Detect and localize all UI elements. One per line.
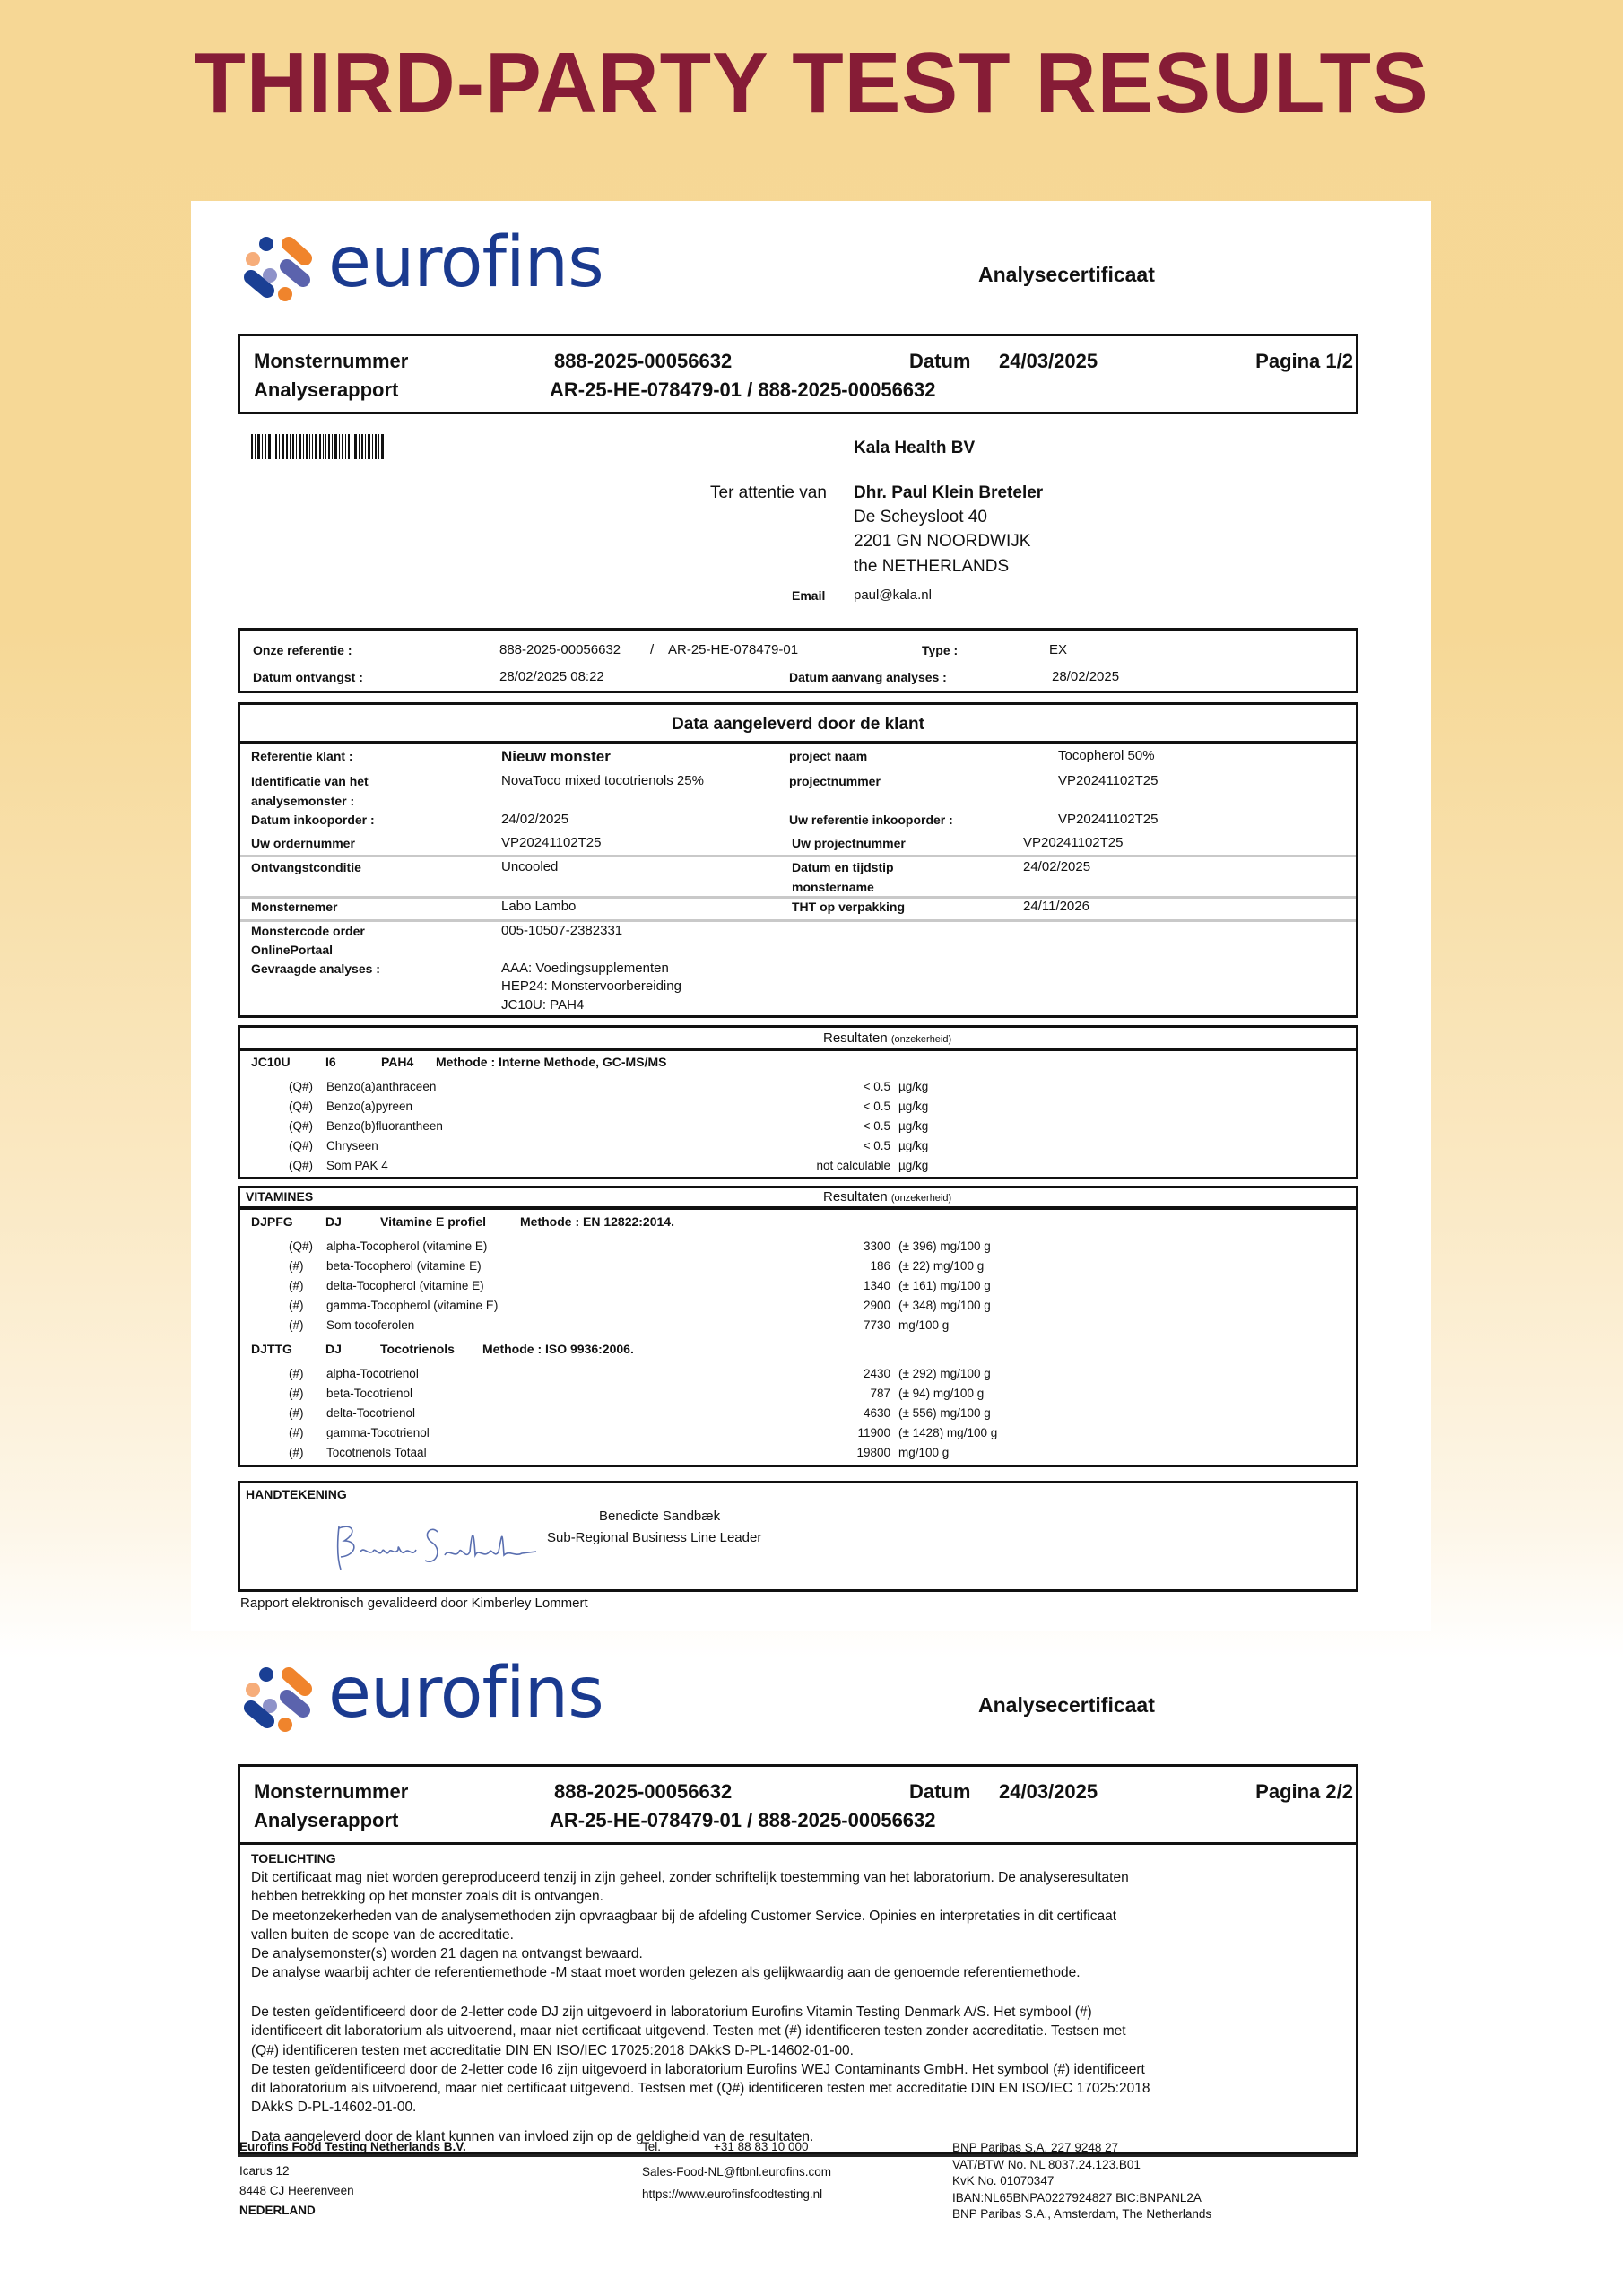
projectnummer-value: VP20241102T25 <box>1058 773 1158 788</box>
result-flag: (#) <box>289 1367 304 1380</box>
project-naam-label: project naam <box>789 749 867 763</box>
result-value: < 0.5 <box>864 1139 890 1152</box>
footer-company: Eurofins Food Testing Netherlands B.V. <box>239 2140 466 2153</box>
certificate-title: Analysecertificaat <box>978 1693 1155 1718</box>
analyserapport-value: AR-25-HE-078479-01 / 888-2025-00056632 <box>550 378 936 402</box>
page-banner-title: THIRD-PARTY TEST RESULTS <box>16 34 1607 133</box>
report-header-box: Monsternummer 888-2025-00056632 Datum 24… <box>238 1764 1358 1845</box>
result-unit: (± 1428) mg/100 g <box>898 1426 997 1439</box>
monsternummer-label: Monsternummer <box>254 1780 408 1804</box>
analyserapport-label: Analyserapport <box>254 378 398 402</box>
datum-inkooporder-value: 24/02/2025 <box>501 812 568 827</box>
result-value: < 0.5 <box>864 1100 890 1113</box>
monsternummer-value: 888-2025-00056632 <box>554 1780 732 1804</box>
monsternemer-label: Monsternemer <box>251 900 337 914</box>
footer-iban: IBAN:NL65BNPA0227924827 BIC:BNPANL2A <box>952 2191 1202 2205</box>
projectnummer-label: projectnummer <box>789 774 881 788</box>
datum-monstername-label-2: monstername <box>792 880 874 894</box>
identificatie-label-1: Identificatie van het <box>251 774 369 788</box>
certificate-title: Analysecertificaat <box>978 263 1155 287</box>
footer-tel-label: Tel. <box>642 2140 661 2153</box>
datum-monstername-value: 24/02/2025 <box>1023 859 1090 874</box>
notes-line: De testen geïdentificeerd door de 2-lett… <box>251 2003 1150 2022</box>
referentie-klant-label: Referentie klant : <box>251 749 353 763</box>
eurofins-logo: eurofins <box>240 1665 617 1746</box>
monsternummer-label: Monsternummer <box>254 350 408 373</box>
onze-referentie-separator: / <box>650 642 654 657</box>
signature-section-label: HANDTEKENING <box>246 1487 347 1501</box>
tht-label: THT op verpakking <box>792 900 905 914</box>
notes-paragraph: Dit certificaat mag niet worden gereprod… <box>251 1868 1129 1983</box>
recipient-name: Dhr. Paul Klein Breteler <box>854 483 1043 503</box>
result-name: gamma-Tocotrienol <box>326 1426 430 1439</box>
analyserapport-label: Analyserapport <box>254 1809 398 1832</box>
result-value: 186 <box>870 1259 890 1273</box>
datum-ontvangst-label: Datum ontvangst : <box>253 670 363 684</box>
footer-kvk: KvK No. 01070347 <box>952 2174 1054 2187</box>
datum-aanvang-value: 28/02/2025 <box>1052 669 1119 684</box>
datum-value: 24/03/2025 <box>999 350 1098 373</box>
result-value: 3300 <box>864 1239 890 1253</box>
uw-ordernummer-value: VP20241102T25 <box>501 835 601 850</box>
result-flag: (#) <box>289 1387 304 1400</box>
monsternummer-value: 888-2025-00056632 <box>554 350 732 373</box>
notes-line: Dit certificaat mag niet worden gereprod… <box>251 1868 1129 1887</box>
uw-ordernummer-label: Uw ordernummer <box>251 836 355 850</box>
notes-line: hebben betrekking op het monster zoals d… <box>251 1887 1129 1906</box>
result-name: delta-Tocopherol (vitamine E) <box>326 1279 484 1292</box>
footer-bank-2: BNP Paribas S.A., Amsterdam, The Netherl… <box>952 2207 1211 2221</box>
referentie-klant-value: Nieuw monster <box>501 748 611 766</box>
group-method: Methode : EN 12822:2014. <box>520 1214 674 1229</box>
signer-title: Sub-Regional Business Line Leader <box>547 1530 761 1545</box>
attention-label: Ter attentie van <box>710 483 827 503</box>
pah-name: PAH4 <box>381 1055 413 1069</box>
footer-divider <box>238 2154 1358 2157</box>
recipient-email[interactable]: paul@kala.nl <box>854 587 932 603</box>
identificatie-value: NovaToco mixed tocotrienols 25% <box>501 773 704 788</box>
result-name: Benzo(a)pyreen <box>326 1100 412 1113</box>
eurofins-logo: eurofins <box>240 235 617 316</box>
notes-paragraph: De testen geïdentificeerd door de 2-lett… <box>251 2003 1150 2118</box>
footer-vat: VAT/BTW No. NL 8037.24.123.B01 <box>952 2158 1141 2171</box>
result-unit: µg/kg <box>898 1119 928 1133</box>
result-value: 2900 <box>864 1299 890 1312</box>
project-naam-value: Tocopherol 50% <box>1058 748 1155 763</box>
results-label: Resultaten <box>823 1031 888 1046</box>
result-value: < 0.5 <box>864 1119 890 1133</box>
group-lab: DJ <box>325 1214 342 1229</box>
result-flag: (Q#) <box>289 1100 313 1113</box>
results-header: Resultaten (onzekerheid) <box>823 1031 951 1046</box>
result-name: Benzo(a)anthraceen <box>326 1080 436 1093</box>
result-flag: (Q#) <box>289 1239 313 1253</box>
result-unit: mg/100 g <box>898 1446 949 1459</box>
page-number: Pagina 2/2 <box>1255 1780 1353 1804</box>
datum-aanvang-label: Datum aanvang analyses : <box>789 670 947 684</box>
result-unit: mg/100 g <box>898 1318 949 1332</box>
group-name: Tocotrienols <box>380 1342 455 1356</box>
divider <box>238 741 1358 744</box>
eurofins-molecule-icon <box>240 235 321 307</box>
result-unit: µg/kg <box>898 1139 928 1152</box>
result-value: < 0.5 <box>864 1080 890 1093</box>
datum-ontvangst-value: 28/02/2025 08:22 <box>499 669 604 684</box>
signer-name: Benedicte Sandbæk <box>599 1509 720 1524</box>
result-unit: (± 556) mg/100 g <box>898 1406 991 1420</box>
analyserapport-value: AR-25-HE-078479-01 / 888-2025-00056632 <box>550 1809 936 1832</box>
divider <box>238 1048 1358 1051</box>
result-flag: (Q#) <box>289 1119 313 1133</box>
result-value: not calculable <box>816 1159 890 1172</box>
monsternemer-value: Labo Lambo <box>501 899 576 914</box>
uncertainty-label: (onzekerheid) <box>891 1193 951 1204</box>
email-label: Email <box>792 588 825 603</box>
barcode-icon <box>251 434 384 459</box>
footer-tel[interactable]: +31 88 83 10 000 <box>714 2140 808 2153</box>
datum-value: 24/03/2025 <box>999 1780 1098 1804</box>
result-flag: (#) <box>289 1259 304 1273</box>
onze-referentie-value-2: AR-25-HE-078479-01 <box>668 642 798 657</box>
eurofins-wordmark: eurofins <box>328 222 603 303</box>
handwritten-signature-icon <box>332 1516 547 1578</box>
result-flag: (Q#) <box>289 1159 313 1172</box>
result-unit: (± 348) mg/100 g <box>898 1299 991 1312</box>
eurofins-molecule-icon <box>240 1665 321 1737</box>
gevraagde-analysis-item: JC10U: PAH4 <box>501 997 584 1013</box>
notes-line: De analysemonster(s) worden 21 dagen na … <box>251 1944 1129 1963</box>
result-name: gamma-Tocopherol (vitamine E) <box>326 1299 498 1312</box>
footer-country: NEDERLAND <box>239 2204 316 2217</box>
uw-projectnummer-value: VP20241102T25 <box>1023 835 1123 850</box>
result-name: beta-Tocotrienol <box>326 1387 412 1400</box>
vitamins-section-label: VITAMINES <box>246 1189 313 1204</box>
onze-referentie-value-1: 888-2025-00056632 <box>499 642 621 657</box>
result-name: delta-Tocotrienol <box>326 1406 415 1420</box>
divider <box>240 896 1356 899</box>
datum-inkooporder-label: Datum inkooporder : <box>251 813 375 827</box>
notes-line: vallen buiten de scope van de accreditat… <box>251 1926 1129 1944</box>
result-unit: (± 22) mg/100 g <box>898 1259 984 1273</box>
uw-ref-inkooporder-label: Uw referentie inkooporder : <box>789 813 953 827</box>
gevraagde-analyses-label: Gevraagde analyses : <box>251 961 380 976</box>
result-flag: (#) <box>289 1299 304 1312</box>
onze-referentie-label: Onze referentie : <box>253 643 352 657</box>
pah-code: JC10U <box>251 1055 291 1069</box>
gevraagde-analysis-item: AAA: Voedingsupplementen <box>501 961 669 976</box>
uw-projectnummer-label: Uw projectnummer <box>792 836 906 850</box>
recipient-address-line-2: 2201 GN NOORDWIJK <box>854 532 1030 552</box>
monstercode-label-2: OnlinePortaal <box>251 943 333 957</box>
type-value: EX <box>1049 642 1067 657</box>
result-value: 2430 <box>864 1367 890 1380</box>
result-name: Som PAK 4 <box>326 1159 388 1172</box>
uncertainty-label: (onzekerheid) <box>891 1034 951 1045</box>
result-value: 787 <box>870 1387 890 1400</box>
ontvangstconditie-value: Uncooled <box>501 859 558 874</box>
tht-value: 24/11/2026 <box>1023 899 1089 914</box>
recipient-address-line-3: the NETHERLANDS <box>854 557 1009 577</box>
result-value: 1340 <box>864 1279 890 1292</box>
notes-line: DAkkS D-PL-14602-01-00. <box>251 2098 1150 2117</box>
result-name: Chryseen <box>326 1139 378 1152</box>
result-flag: (#) <box>289 1279 304 1292</box>
page-number: Pagina 1/2 <box>1255 350 1353 373</box>
notes-line: identificeert dit laboratorium als uitvo… <box>251 2022 1150 2040</box>
divider <box>240 919 1356 922</box>
result-value: 19800 <box>856 1446 890 1459</box>
result-unit: (± 94) mg/100 g <box>898 1387 984 1400</box>
result-value: 7730 <box>864 1318 890 1332</box>
result-flag: (#) <box>289 1426 304 1439</box>
divider <box>240 855 1356 857</box>
results-header: Resultaten (onzekerheid) <box>823 1189 951 1205</box>
recipient-company: Kala Health BV <box>854 439 975 458</box>
result-name: Tocotrienols Totaal <box>326 1446 427 1459</box>
result-flag: (#) <box>289 1318 304 1332</box>
datum-label: Datum <box>909 350 970 373</box>
notes-line: De testen geïdentificeerd door de 2-lett… <box>251 2060 1150 2079</box>
monstercode-value: 005-10507-2382331 <box>501 923 622 938</box>
uw-ref-inkooporder-value: VP20241102T25 <box>1058 812 1158 827</box>
result-name: alpha-Tocopherol (vitamine E) <box>326 1239 487 1253</box>
footer-website[interactable]: https://www.eurofinsfoodtesting.nl <box>642 2187 822 2201</box>
notes-line: (Q#) identificeren testen met accreditat… <box>251 2041 1150 2060</box>
result-unit: (± 292) mg/100 g <box>898 1367 991 1380</box>
result-name: alpha-Tocotrienol <box>326 1367 419 1380</box>
result-unit: µg/kg <box>898 1100 928 1113</box>
client-data-title: Data aangeleverd door de klant <box>238 715 1358 735</box>
datum-monstername-label-1: Datum en tijdstip <box>792 860 894 874</box>
footer-city: 8448 CJ Heerenveen <box>239 2184 354 2197</box>
result-flag: (#) <box>289 1446 304 1459</box>
group-lab: DJ <box>325 1342 342 1356</box>
results-label: Resultaten <box>823 1189 888 1205</box>
result-flag: (Q#) <box>289 1139 313 1152</box>
type-label: Type : <box>922 643 958 657</box>
notes-line: De analyse waarbij achter de referentiem… <box>251 1963 1129 1982</box>
notes-title: TOELICHTING <box>251 1851 336 1865</box>
result-name: Benzo(b)fluorantheen <box>326 1119 443 1133</box>
pah-method: Methode : Interne Methode, GC-MS/MS <box>436 1055 666 1069</box>
footer-email[interactable]: Sales-Food-NL@ftbnl.eurofins.com <box>642 2165 831 2179</box>
datum-label: Datum <box>909 1780 970 1804</box>
gevraagde-analysis-item: HEP24: Monstervoorbereiding <box>501 978 681 994</box>
ontvangstconditie-label: Ontvangstconditie <box>251 860 361 874</box>
result-unit: µg/kg <box>898 1159 928 1172</box>
pah-lab: I6 <box>325 1055 336 1069</box>
group-method: Methode : ISO 9936:2006. <box>482 1342 634 1356</box>
result-unit: µg/kg <box>898 1080 928 1093</box>
result-unit: (± 396) mg/100 g <box>898 1239 991 1253</box>
notes-line: De meetonzekerheden van de analysemethod… <box>251 1907 1129 1926</box>
monstercode-label-1: Monstercode order <box>251 924 365 938</box>
result-flag: (Q#) <box>289 1080 313 1093</box>
group-code: DJTTG <box>251 1342 292 1356</box>
report-header-box: Monsternummer 888-2025-00056632 Datum 24… <box>238 334 1358 414</box>
footer-bank-1: BNP Paribas S.A. 227 9248 27 <box>952 2141 1118 2154</box>
notes-line: dit laboratorium als uitvoerend, maar ni… <box>251 2079 1150 2098</box>
group-name: Vitamine E profiel <box>380 1214 486 1229</box>
recipient-address-line-1: De Scheysloot 40 <box>854 508 987 527</box>
result-unit: (± 161) mg/100 g <box>898 1279 991 1292</box>
result-flag: (#) <box>289 1406 304 1420</box>
group-code: DJPFG <box>251 1214 293 1229</box>
result-value: 11900 <box>857 1426 890 1439</box>
eurofins-wordmark: eurofins <box>328 1653 603 1734</box>
identificatie-label-2: analysemonster : <box>251 794 354 808</box>
footer-street: Icarus 12 <box>239 2164 290 2178</box>
divider <box>238 1206 1358 1210</box>
result-name: beta-Tocopherol (vitamine E) <box>326 1259 482 1273</box>
result-value: 4630 <box>864 1406 890 1420</box>
result-name: Som tocoferolen <box>326 1318 414 1332</box>
validated-by-text: Rapport elektronisch gevalideerd door Ki… <box>240 1596 588 1611</box>
